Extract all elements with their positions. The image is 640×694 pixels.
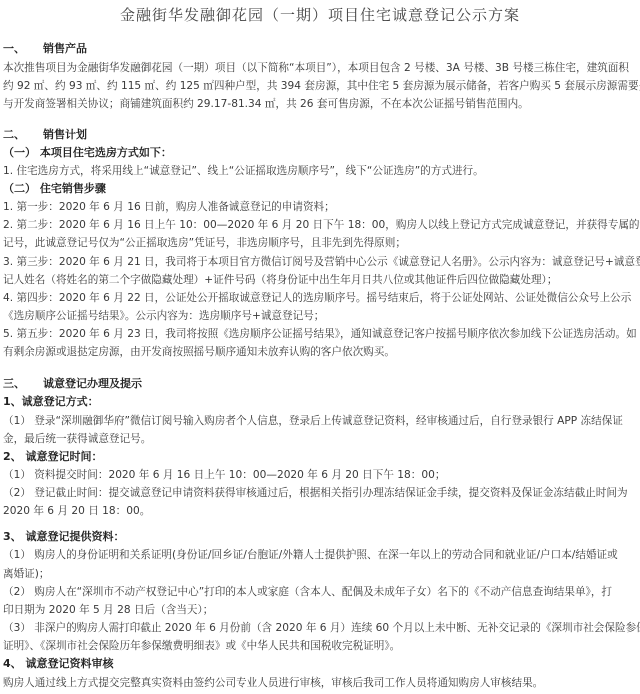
section-number: 二、 bbox=[3, 128, 43, 142]
item-line: 购房人通过线上方式提交完整真实资料由签约公司专业人员进行审核，审核后我司工作人员… bbox=[3, 676, 637, 690]
paragraph-line: 约 92 ㎡、约 93 ㎡、约 115 ㎡、约 125 ㎡四种户型，共 394 … bbox=[3, 79, 637, 93]
item-heading: 4、 诚意登记资料审核 bbox=[3, 657, 637, 671]
section-2-heading: 二、销售计划 bbox=[3, 128, 637, 142]
step-line: 记号，此诚意登记号仅为“公正摇取选房”凭证号，非选房顺序号，且非先到先得原则； bbox=[3, 236, 637, 250]
subsection-heading: （二） 住宅销售步骤 bbox=[3, 182, 637, 196]
section-number: 一、 bbox=[3, 42, 43, 56]
subsection-heading: （一） 本项目住宅选房方式如下： bbox=[3, 146, 637, 160]
step-line: 3. 第三步：2020 年 6 月 21 日，我司将于本项目官方微信订阅号及营销… bbox=[3, 255, 637, 269]
section-title: 销售计划 bbox=[43, 128, 87, 141]
item-heading: 3、 诚意登记提供资料： bbox=[3, 530, 637, 544]
item-heading: 2、 诚意登记时间： bbox=[3, 450, 637, 464]
item-line: （2） 购房人在“深圳市不动产权登记中心”打印的本人或家庭（含本人、配偶及未成年… bbox=[3, 585, 637, 599]
step-line: 5. 第五步：2020 年 6 月 23 日，我司将按照《选房顺序公证摇号结果》… bbox=[3, 327, 637, 341]
item-line: （2） 登记截止时间：提交诚意登记申请资料获得审核通过后，根据相关指引办理冻结保… bbox=[3, 486, 637, 500]
step-line: 4. 第四步：2020 年 6 月 22 日，公证处公开摇取诚意登记人的选房顺序… bbox=[3, 291, 637, 305]
document-page: 金融街华发融御花园（一期）项目住宅诚意登记公示方案 一、销售产品 本次推售项目为… bbox=[0, 0, 640, 694]
item-line: （1） 登录“深圳融御华府”微信订阅号输入购房者个人信息，登录后上传诚意登记资料… bbox=[3, 414, 637, 428]
item-line: （3） 非深户的购房人需打印截止 2020 年 6 月份前（含 2020 年 6… bbox=[3, 621, 637, 635]
paragraph-line: 与开发商签署相关协议；商铺建筑面积约 29.17-81.34 ㎡，共 26 套可… bbox=[3, 97, 637, 111]
item-line: 证明》、《深圳市社会保险历年参保缴费明细表》或《中华人民共和国税收完税证明》。 bbox=[3, 639, 637, 653]
step-line: 1. 第一步：2020 年 6 月 16 日前，购房人准备诚意登记的申请资料； bbox=[3, 200, 637, 214]
section-number: 三、 bbox=[3, 377, 43, 391]
section-title: 诚意登记办理及提示 bbox=[43, 377, 142, 390]
step-line: 记人姓名（将姓名的第二个字做隐藏处理）+证件号码（将身份证中出生年月日共八位或其… bbox=[3, 273, 637, 287]
paragraph-line: 本次推售项目为金融街华发融御花园（一期）项目（以下简称“本项目”），本项目包含 … bbox=[3, 61, 637, 75]
step-line: 《选房顺序公证摇号结果》。公示内容为：选房顺序号+诚意登记号； bbox=[3, 309, 637, 323]
item-line: 离婚证)； bbox=[3, 567, 637, 581]
paragraph-line: 1. 住宅选房方式，将采用线上“诚意登记”、线上“公证摇取选房顺序号”，线下“公… bbox=[3, 164, 637, 178]
step-line: 2. 第二步：2020 年 6 月 16 日上午 10：00—2020 年 6 … bbox=[3, 218, 637, 232]
step-line: 有剩余房源或退挞定房源，由开发商按照摇号顺序通知未放弃认购的客户依次购买。 bbox=[3, 345, 637, 359]
section-1-heading: 一、销售产品 bbox=[3, 42, 637, 56]
item-heading: 1、诚意登记方式： bbox=[3, 395, 637, 409]
section-3-heading: 三、诚意登记办理及提示 bbox=[3, 377, 637, 391]
item-line: 金，最后统一获得诚意登记号。 bbox=[3, 432, 637, 446]
section-title: 销售产品 bbox=[43, 42, 87, 55]
document-title: 金融街华发融御花园（一期）项目住宅诚意登记公示方案 bbox=[0, 4, 640, 26]
item-line: 2020 年 6 月 20 日 18：00。 bbox=[3, 504, 637, 518]
item-line: （1） 购房人的身份证明和关系证明(身份证/回乡证/台胞证/外籍人士提供护照、在… bbox=[3, 548, 637, 562]
item-line: 印日期为 2020 年 5 月 28 日后（含当天）； bbox=[3, 603, 637, 617]
item-line: （1） 资料提交时间：2020 年 6 月 16 日上午 10：00—2020 … bbox=[3, 468, 637, 482]
